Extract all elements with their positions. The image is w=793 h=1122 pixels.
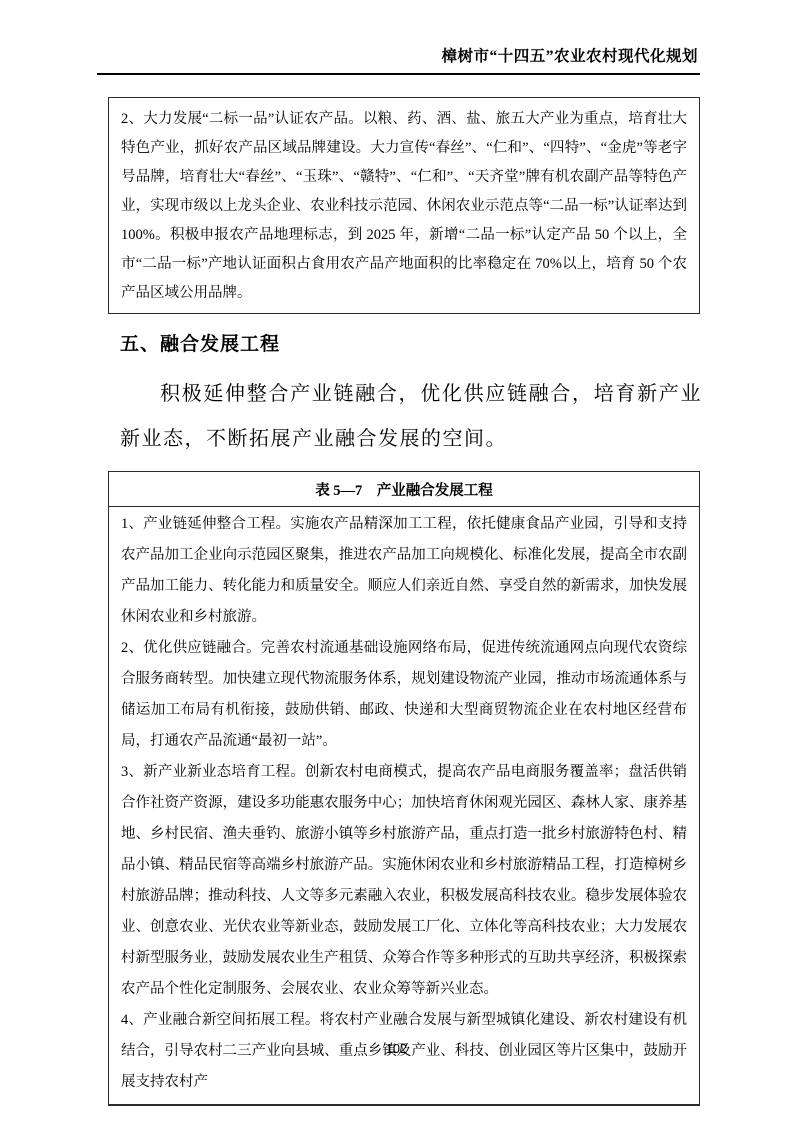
fusion-project-table: 表 5—7 产业融合发展工程 1、产业链延伸整合工程。实施农产品精深加工工程，依… [108,471,700,1106]
table-title: 表 5—7 产业融合发展工程 [109,472,699,507]
header-divider [97,73,700,75]
page-header: 樟树市“十四五”农业农村现代化规划 [97,44,700,75]
brand-certification-text: 2、大力发展“二标一品”认证农产品。以粮、药、酒、盐、旅五大产业为重点，培育壮大… [121,105,687,308]
table-paragraph-2: 2、优化供应链融合。完善农村流通基础设施网络布局，促进传统流通网点向现代农资综合… [121,633,687,757]
table-paragraph-1: 1、产业链延伸整合工程。实施农产品精深加工工程，依托健康食品产业园，引导和支持农… [121,509,687,633]
document-page: 樟树市“十四五”农业农村现代化规划 2、大力发展“二标一品”认证农产品。以粮、药… [0,0,793,1122]
brand-certification-box: 2、大力发展“二标一品”认证农产品。以粮、药、酒、盐、旅五大产业为重点，培育壮大… [108,97,700,314]
page-number: 102 [0,1042,793,1056]
table-paragraph-3: 3、新产业新业态培育工程。创新农村电商模式，提高农产品电商服务覆盖率；盘活供销合… [121,757,687,1005]
section-heading: 五、融合发展工程 [120,329,700,356]
table-body: 1、产业链延伸整合工程。实施农产品精深加工工程，依托健康食品产业园，引导和支持农… [109,507,699,1104]
document-title: 樟树市“十四五”农业农村现代化规划 [97,44,700,73]
section-intro-paragraph: 积极延伸整合产业链融合，优化供应链融合，培育新产业新业态，不断拓展产业融合发展的… [120,372,702,462]
page-content: 樟树市“十四五”农业农村现代化规划 2、大力发展“二标一品”认证农产品。以粮、药… [97,44,700,1106]
